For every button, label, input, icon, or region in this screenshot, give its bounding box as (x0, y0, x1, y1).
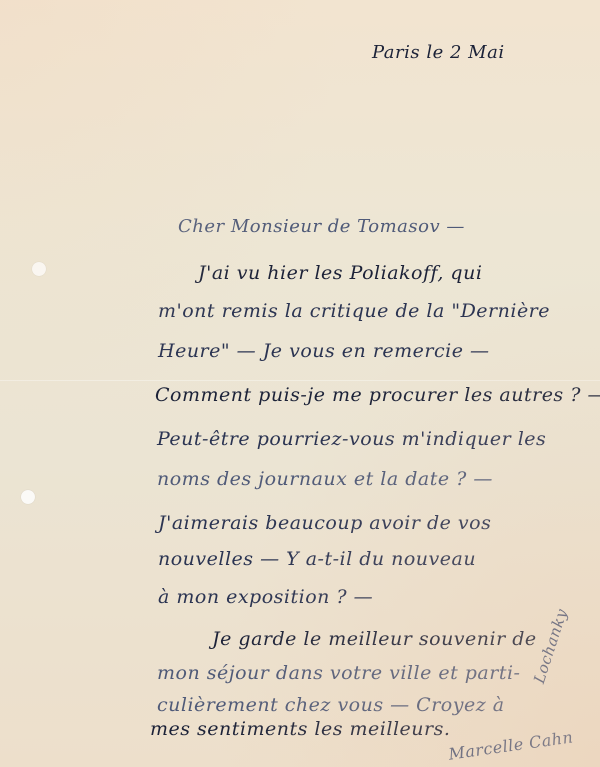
letter-page: Paris le 2 Mai Cher Monsieur de Tomasov … (0, 0, 600, 767)
letter-line: m'ont remis la critique de la "Dernière (158, 300, 550, 322)
salutation: Cher Monsieur de Tomasov — (178, 216, 465, 237)
letter-line: Comment puis-je me procurer les autres ?… (155, 384, 600, 406)
punch-hole-bottom (21, 490, 35, 504)
letter-line: J'aimerais beaucoup avoir de vos (158, 512, 491, 534)
letter-line: mes sentiments les meilleurs. (150, 718, 450, 740)
paper-fold (0, 380, 600, 381)
letter-line: Peut-être pourriez-vous m'indiquer les (157, 428, 546, 450)
letter-line: Je garde le meilleur souvenir de (212, 628, 537, 650)
dateline: Paris le 2 Mai (372, 42, 505, 63)
letter-line: nouvelles — Y a-t-il du nouveau (158, 548, 476, 570)
letter-line: à mon exposition ? — (158, 586, 373, 608)
letter-line: mon séjour dans votre ville et parti- (157, 662, 520, 684)
letter-line: J'ai vu hier les Poliakoff, qui (198, 262, 482, 284)
punch-hole-top (32, 262, 46, 276)
letter-line: Heure" — Je vous en remercie — (158, 340, 490, 362)
letter-line: noms des journaux et la date ? — (157, 468, 493, 490)
letter-line: culièrement chez vous — Croyez à (157, 694, 505, 716)
signature: Marcelle Cahn (447, 727, 574, 763)
